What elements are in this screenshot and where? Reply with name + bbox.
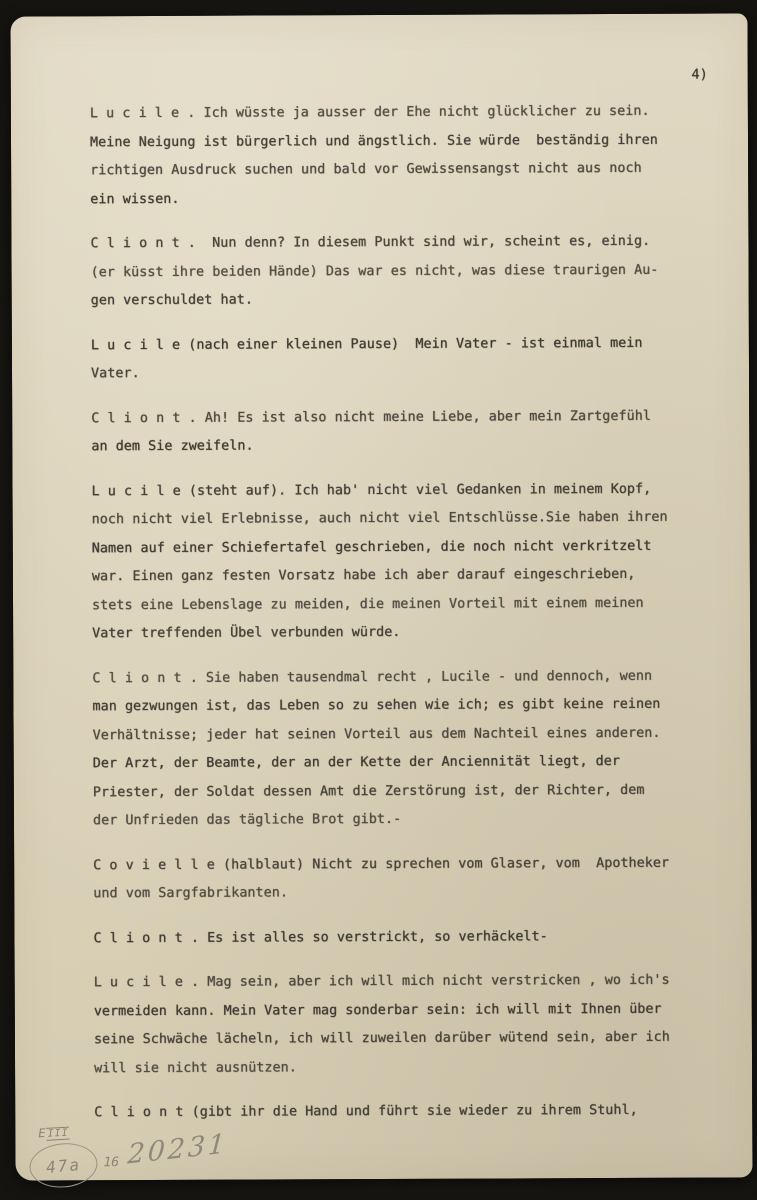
text-line: C l i o n t . Es ist alles so verstrickt… bbox=[93, 922, 709, 953]
dialogue-paragraph: C l i o n t . Es ist alles so verstrickt… bbox=[93, 922, 709, 953]
dialogue-paragraph: C l i o n t . Ah! Es ist also nicht mein… bbox=[91, 402, 707, 462]
paper-page: 4) L u c i l e . Ich wüsste ja ausser de… bbox=[10, 13, 752, 1180]
text-line: Vater treffenden Übel verbunden würde. bbox=[92, 618, 708, 649]
dialogue-paragraph: C l i o n t . Sie haben tausendmal recht… bbox=[92, 662, 709, 836]
text-line: richtigen Ausdruck suchen und bald vor G… bbox=[90, 155, 706, 186]
text-line: L u c i l e . Ich wüsste ja ausser der E… bbox=[90, 98, 706, 129]
text-line: will sie nicht ausnützen. bbox=[94, 1052, 710, 1083]
dialogue-paragraph: L u c i l e . Ich wüsste ja ausser der E… bbox=[90, 98, 706, 215]
text-line: Priester, der Soldat dessen Amt die Zers… bbox=[93, 776, 709, 807]
photo-background: 4) L u c i l e . Ich wüsste ja ausser de… bbox=[0, 0, 757, 1200]
dialogue-paragraph: C l i o n t . Nun denn? In diesem Punkt … bbox=[90, 228, 706, 316]
text-line: L u c i l e . Mag sein, aber ich will mi… bbox=[94, 967, 710, 998]
text-line: seine Schwäche lächeln, ich will zuweile… bbox=[94, 1024, 710, 1055]
text-line: an dem Sie zweifeln. bbox=[91, 431, 707, 462]
text-line: (er küsst ihre beiden Hände) Das war es … bbox=[91, 256, 707, 287]
text-line: Verhältnisse; jeder hat seinen Vorteil a… bbox=[93, 719, 709, 750]
text-line: L u c i l e (steht auf). Ich hab' nicht … bbox=[91, 475, 707, 506]
text-line: C o v i e l l e (halblaut) Nicht zu spre… bbox=[93, 849, 709, 880]
text-line: Namen auf einer Schiefertafel geschriebe… bbox=[92, 532, 708, 563]
text-line: und vom Sargfabrikanten. bbox=[93, 878, 709, 909]
annotation-shelfmark: EIII bbox=[38, 1125, 70, 1142]
text-line: gen verschuldet hat. bbox=[91, 285, 707, 316]
typescript-body: L u c i l e . Ich wüsste ja ausser der E… bbox=[90, 98, 711, 1144]
text-line: Meine Neigung ist bürgerlich und ängstli… bbox=[90, 126, 706, 157]
annotation-circled-number: 47a bbox=[28, 1140, 100, 1190]
text-line: vermeiden kann. Mein Vater mag sonderbar… bbox=[94, 995, 710, 1026]
annotation-small-number: 16 bbox=[103, 1155, 119, 1170]
text-line: C l i o n t (gibt ihr die Hand und führt… bbox=[94, 1097, 710, 1128]
page-number: 4) bbox=[691, 67, 707, 83]
text-line: noch nicht viel Erlebnisse, auch nicht v… bbox=[92, 504, 708, 535]
text-line: Der Arzt, der Beamte, der an der Kette d… bbox=[93, 748, 709, 779]
text-line: ein wissen. bbox=[90, 183, 706, 214]
dialogue-paragraph: C o v i e l l e (halblaut) Nicht zu spre… bbox=[93, 849, 709, 909]
text-line: stets eine Lebenslage zu meiden, die mei… bbox=[92, 589, 708, 620]
dialogue-paragraph: L u c i l e (steht auf). Ich hab' nicht … bbox=[91, 475, 708, 649]
dialogue-paragraph: L u c i l e . Mag sein, aber ich will mi… bbox=[94, 967, 710, 1084]
shelfmark-numeral: III bbox=[46, 1127, 70, 1141]
text-line: C l i o n t . Nun denn? In diesem Punkt … bbox=[90, 228, 706, 259]
text-line: man gezwungen ist, das Leben so zu sehen… bbox=[92, 691, 708, 722]
text-line: C l i o n t . Ah! Es ist also nicht mein… bbox=[91, 402, 707, 433]
circled-number-text: 47a bbox=[45, 1154, 81, 1176]
text-line: C l i o n t . Sie haben tausendmal recht… bbox=[92, 662, 708, 693]
text-line: der Unfrieden das tägliche Brot gibt.- bbox=[93, 805, 709, 836]
dialogue-paragraph: C l i o n t (gibt ihr die Hand und führt… bbox=[94, 1097, 710, 1128]
text-line: war. Einen ganz festen Vorsatz habe ich … bbox=[92, 561, 708, 592]
text-line: Vater. bbox=[91, 358, 707, 389]
dialogue-paragraph: L u c i l e (nach einer kleinen Pause) M… bbox=[91, 329, 707, 389]
text-line: L u c i l e (nach einer kleinen Pause) M… bbox=[91, 329, 707, 360]
